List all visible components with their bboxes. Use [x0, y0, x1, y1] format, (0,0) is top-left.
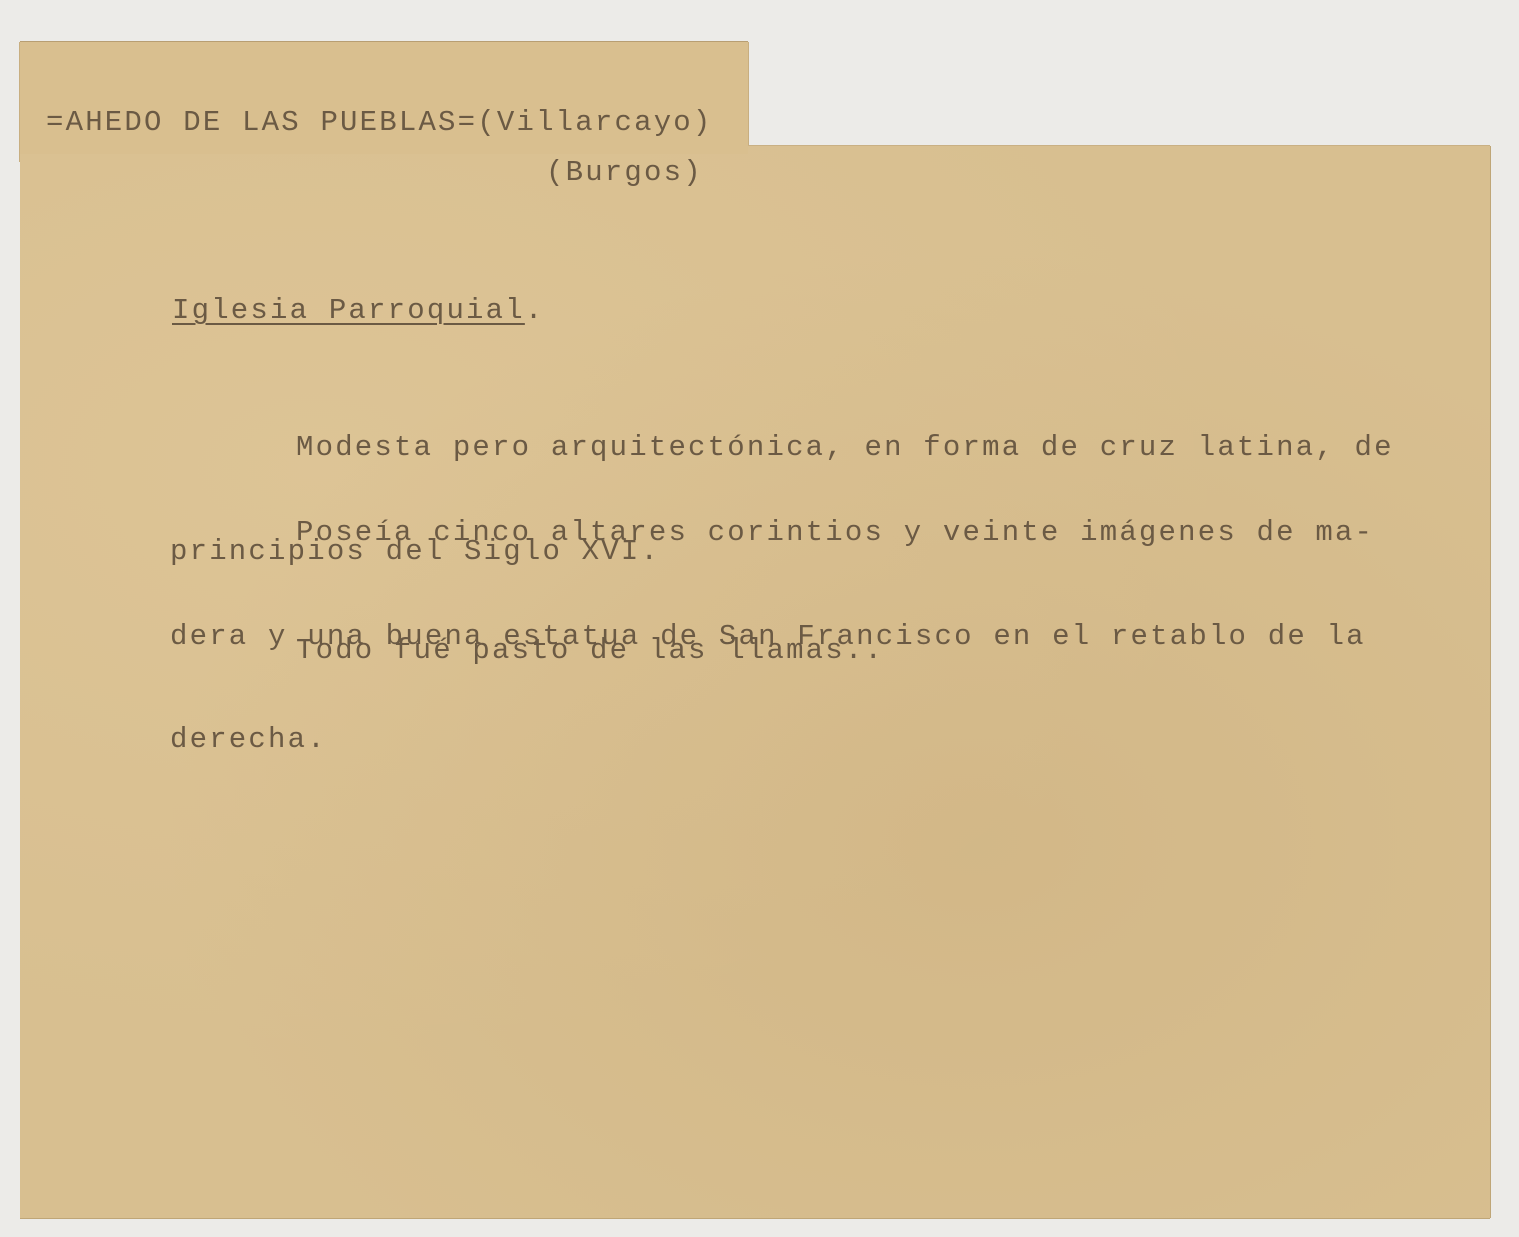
card-header-location: =AHEDO DE LAS PUEBLAS=(Villarcayo): [46, 106, 713, 140]
paragraph-line: Todo fué pasto de las llamas..: [170, 634, 1460, 669]
paragraph-fate: Todo fué pasto de las llamas..: [170, 565, 1460, 703]
section-title-text: Iglesia Parroquial: [172, 294, 525, 327]
paragraph-line: Poseía cinco altares corintios y veinte …: [170, 516, 1460, 551]
section-title: Iglesia Parroquial.: [172, 294, 544, 328]
card-header-province: (Burgos): [546, 156, 703, 190]
index-card-tab-join: [20, 140, 748, 154]
paragraph-line: derecha.: [170, 723, 1460, 758]
section-title-period: .: [525, 294, 545, 327]
